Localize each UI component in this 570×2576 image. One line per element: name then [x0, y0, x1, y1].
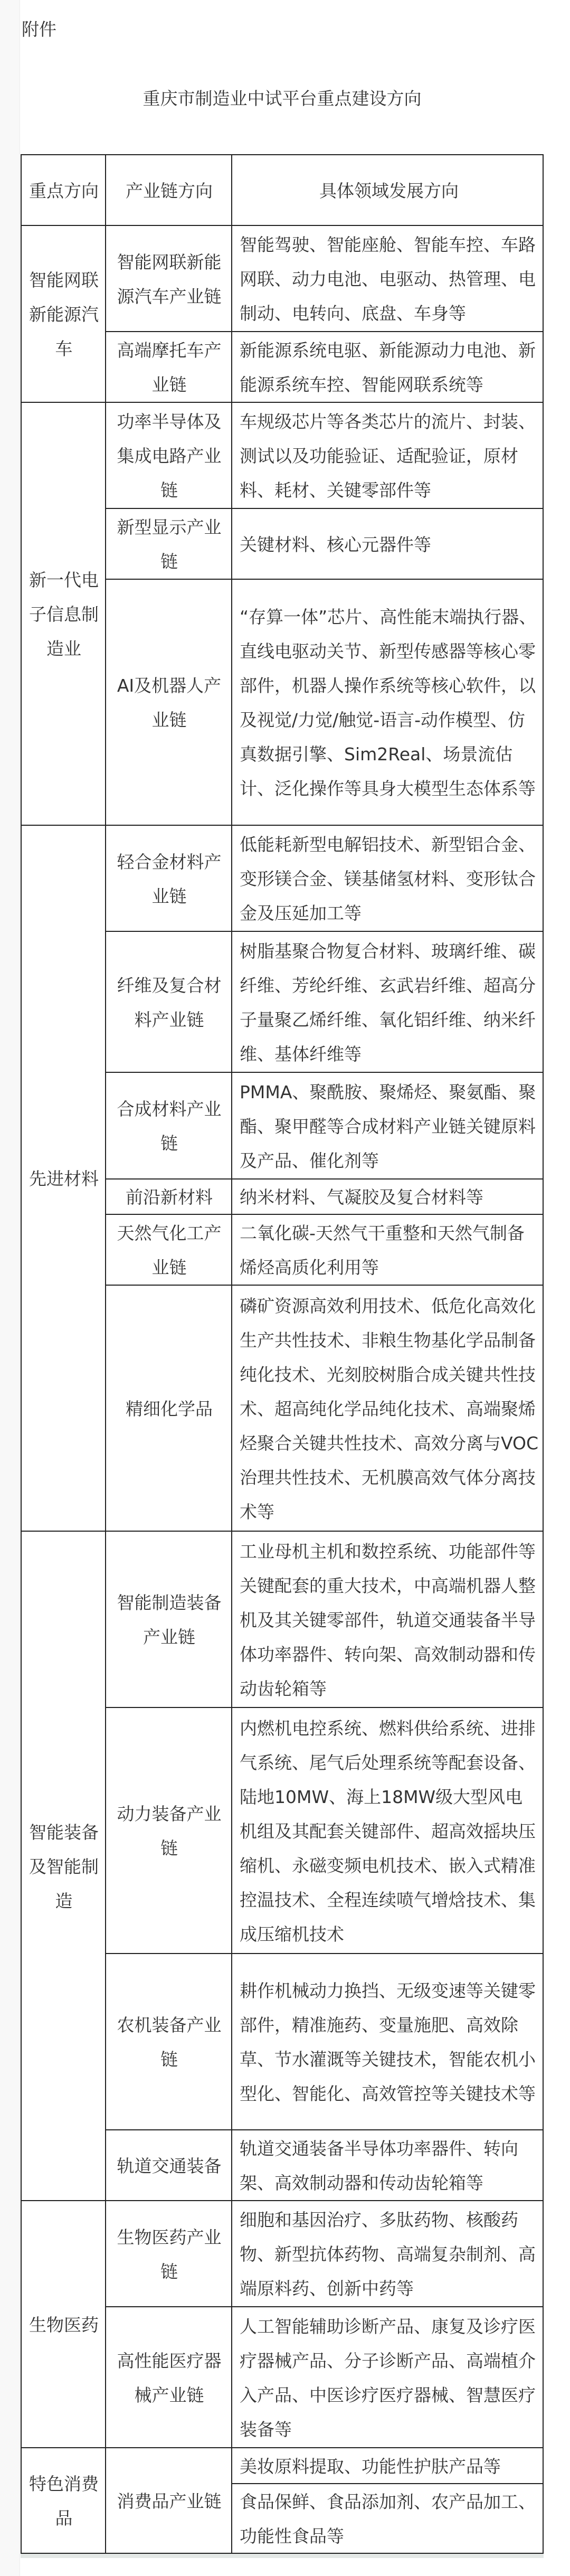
chain-name: 智能制造装备产业链 — [106, 1532, 232, 1708]
chain-details: PMMA、聚酰胺、聚烯烃、聚氨酯、聚酯、聚甲醛等合成材料产业链关键原料及产品、催… — [232, 1073, 544, 1180]
chain-name: 纤维及复合材料产业链 — [106, 932, 232, 1073]
chain-name: 精细化学品 — [106, 1286, 232, 1532]
chain-details: 轨道交通装备半导体功率器件、转向架、高效制动器和传动齿轮箱等 — [232, 2130, 544, 2201]
chain-name: 生物医药产业链 — [106, 2201, 232, 2307]
chain-details: 人工智能辅助诊断产品、康复及诊疗医疗器械产品、分子诊断产品、高端植介入产品、中医… — [232, 2307, 544, 2448]
group-direction: 特色消费品 — [22, 2448, 106, 2554]
chain-name: 动力装备产业链 — [106, 1708, 232, 1954]
chain-details: 纳米材料、气凝胶及复合材料等 — [232, 1180, 544, 1215]
chain-details: 智能驾驶、智能座舱、智能车控、车路网联、动力电池、电驱动、热管理、电制动、电转向… — [232, 226, 544, 332]
group-direction: 智能网联新能源汽车 — [22, 226, 106, 403]
chain-name: AI及机器人产业链 — [106, 580, 232, 826]
chain-details: 新能源系统电驱、新能源动力电池、新能源系统车控、智能网联系统等 — [232, 332, 544, 403]
chain-details: 内燃机电控系统、燃料供给系统、进排气系统、尾气后处理系统等配套设备、陆地10MW… — [232, 1708, 544, 1954]
group-direction: 先进材料 — [22, 826, 106, 1532]
chain-details: 低能耗新型电解铝技术、新型铝合金、变形镁合金、镁基储氢材料、变形钛合金及压延加工… — [232, 826, 544, 932]
chain-details: 食品保鲜、食品添加剂、农产品加工、功能性食品等 — [232, 2484, 544, 2554]
construction-directions-table: 重点方向 产业链方向 具体领域发展方向 智能网联新能源汽车 智能网联新能源汽车产… — [21, 154, 544, 2554]
chain-details: 关键材料、核心元器件等 — [232, 509, 544, 580]
chain-name: 高性能医疗器械产业链 — [106, 2307, 232, 2448]
chain-name: 天然气化工产业链 — [106, 1215, 232, 1286]
chain-details: 磷矿资源高效利用技术、低危化高效化生产共性技术、非粮生物基化学品制备纯化技术、光… — [232, 1286, 544, 1532]
chain-details: 耕作机械动力换挡、无级变速等关键零部件，精准施药、变量施肥、高效除草、节水灌溉等… — [232, 1954, 544, 2130]
document-title: 重庆市制造业中试平台重点建设方向 — [21, 88, 544, 110]
chain-name: 高端摩托车产业链 — [106, 332, 232, 403]
chain-details: “存算一体”芯片、高性能末端执行器、直线电驱动关节、新型传感器等核心零部件，机器… — [232, 580, 544, 826]
chain-name: 农机装备产业链 — [106, 1954, 232, 2130]
group-direction: 新一代电子信息制造业 — [22, 403, 106, 826]
chain-details: 细胞和基因治疗、多肽药物、核酸药物、新型抗体药物、高端复杂制剂、高端原料药、创新… — [232, 2201, 544, 2307]
table-shadow — [21, 2554, 544, 2558]
chain-name: 轻合金材料产业链 — [106, 826, 232, 932]
chain-name: 消费品产业链 — [106, 2448, 232, 2554]
chain-details: 树脂基聚合物复合材料、玻璃纤维、碳纤维、芳纶纤维、玄武岩纤维、超高分子量聚乙烯纤… — [232, 932, 544, 1073]
header-field-direction: 具体领域发展方向 — [232, 155, 544, 226]
header-chain-direction: 产业链方向 — [106, 155, 232, 226]
chain-name: 前沿新材料 — [106, 1180, 232, 1215]
chain-name: 智能网联新能源汽车产业链 — [106, 226, 232, 332]
chain-details: 二氧化碳-天然气干重整和天然气制备烯烃高质化利用等 — [232, 1215, 544, 1286]
chain-details: 美妆原料提取、功能性护肤产品等 — [232, 2448, 544, 2484]
group-direction: 生物医药 — [22, 2201, 106, 2448]
chain-name: 功率半导体及集成电路产业链 — [106, 403, 232, 509]
chain-name: 合成材料产业链 — [106, 1073, 232, 1180]
chain-details: 工业母机主机和数控系统、功能部件等关键配套的重大技术，中高端机器人整机及其关键零… — [232, 1532, 544, 1708]
attachment-label: 附件 — [22, 19, 56, 40]
group-direction: 智能装备及智能制造 — [22, 1532, 106, 2201]
chain-name: 新型显示产业链 — [106, 509, 232, 580]
header-key-direction: 重点方向 — [22, 155, 106, 226]
page-margin — [0, 0, 20, 2576]
chain-name: 轨道交通装备 — [106, 2130, 232, 2201]
chain-details: 车规级芯片等各类芯片的流片、封装、测试以及功能验证、适配验证，原材料、耗材、关键… — [232, 403, 544, 509]
